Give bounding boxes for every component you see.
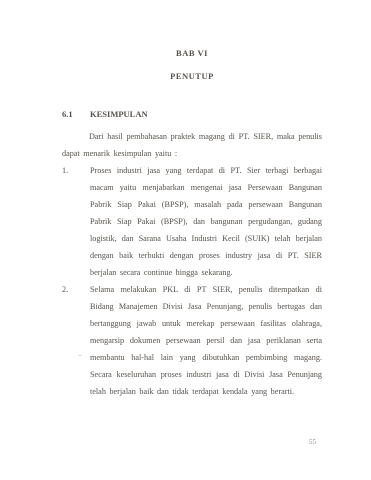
document-page: BAB VI PENUTUP 6.1 KESIMPULAN Dari hasil… [0,0,371,480]
list-item-number: 1. [62,162,90,281]
chapter-title: PENUTUP [62,71,322,81]
page-number: 55 [309,438,316,446]
stray-dot-mark: . [79,349,81,358]
intro-paragraph: Dari hasil pembahasan praktek magang di … [62,128,322,162]
section-number: 6.1 [62,109,90,119]
list-item-text: Selama melakukan PKL di PT SIER, penulis… [90,281,322,400]
chapter-heading: BAB VI [62,48,322,58]
section-title: KESIMPULAN [90,109,148,119]
intro-paragraph-text: Dari hasil pembahasan praktek magang di … [62,132,322,158]
section-heading: 6.1 KESIMPULAN [62,109,322,119]
list-item: 1. Proses industri jasa yang terdapat di… [62,162,322,281]
page-content: BAB VI PENUTUP 6.1 KESIMPULAN Dari hasil… [62,48,322,400]
list-item-text: Proses industri jasa yang terdapat di PT… [90,162,322,281]
list-item-number: 2. [62,281,90,400]
list-item: 2. Selama melakukan PKL di PT SIER, penu… [62,281,322,400]
